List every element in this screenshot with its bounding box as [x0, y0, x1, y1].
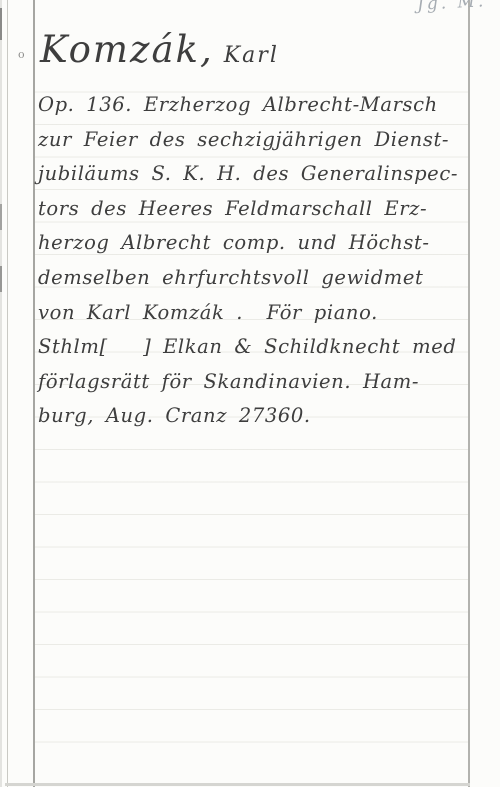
body-line: jubiläums S. K. H. des Generalinspec- — [38, 157, 472, 192]
body-line: von Karl Komzák . För piano. — [38, 296, 472, 331]
left-margin-rule — [33, 0, 35, 787]
body-line: burg, Aug. Cranz 27360. — [38, 399, 472, 434]
card-heading: Komzák,Karl — [40, 28, 279, 71]
catalog-card-scan: Jg. M. o Komzák,Karl Op. 136. Erzherzog … — [0, 0, 500, 787]
body-line: demselben ehrfurchtsvoll gewidmet — [38, 261, 472, 296]
body-line: förlagsrätt för Skandinavien. Ham- — [38, 365, 472, 400]
card-bottom-edge — [5, 783, 470, 786]
margin-dot-mark: o — [18, 48, 25, 61]
scan-edge-artifact — [0, 204, 2, 230]
pencil-annotation: Jg. M. — [416, 0, 486, 15]
left-edge-rule — [7, 0, 8, 787]
body-line: herzog Albrecht comp. und Höchst- — [38, 226, 472, 261]
heading-surname: Komzák, — [40, 28, 214, 71]
body-line: tors des Heeres Feldmarschall Erz- — [38, 192, 472, 227]
body-line: zur Feier des sechzigjährigen Dienst- — [38, 123, 472, 158]
heading-forename: Karl — [224, 43, 279, 68]
scan-edge — [0, 0, 2, 787]
scan-edge-artifact — [0, 8, 2, 40]
scan-edge-artifact — [0, 266, 2, 292]
body-line: Op. 136. Erzherzog Albrecht-Marsch — [38, 88, 472, 123]
card-body-text: Op. 136. Erzherzog Albrecht-Marsch zur F… — [38, 88, 472, 434]
body-line: Sthlm[ ] Elkan & Schildknecht med — [38, 330, 472, 365]
